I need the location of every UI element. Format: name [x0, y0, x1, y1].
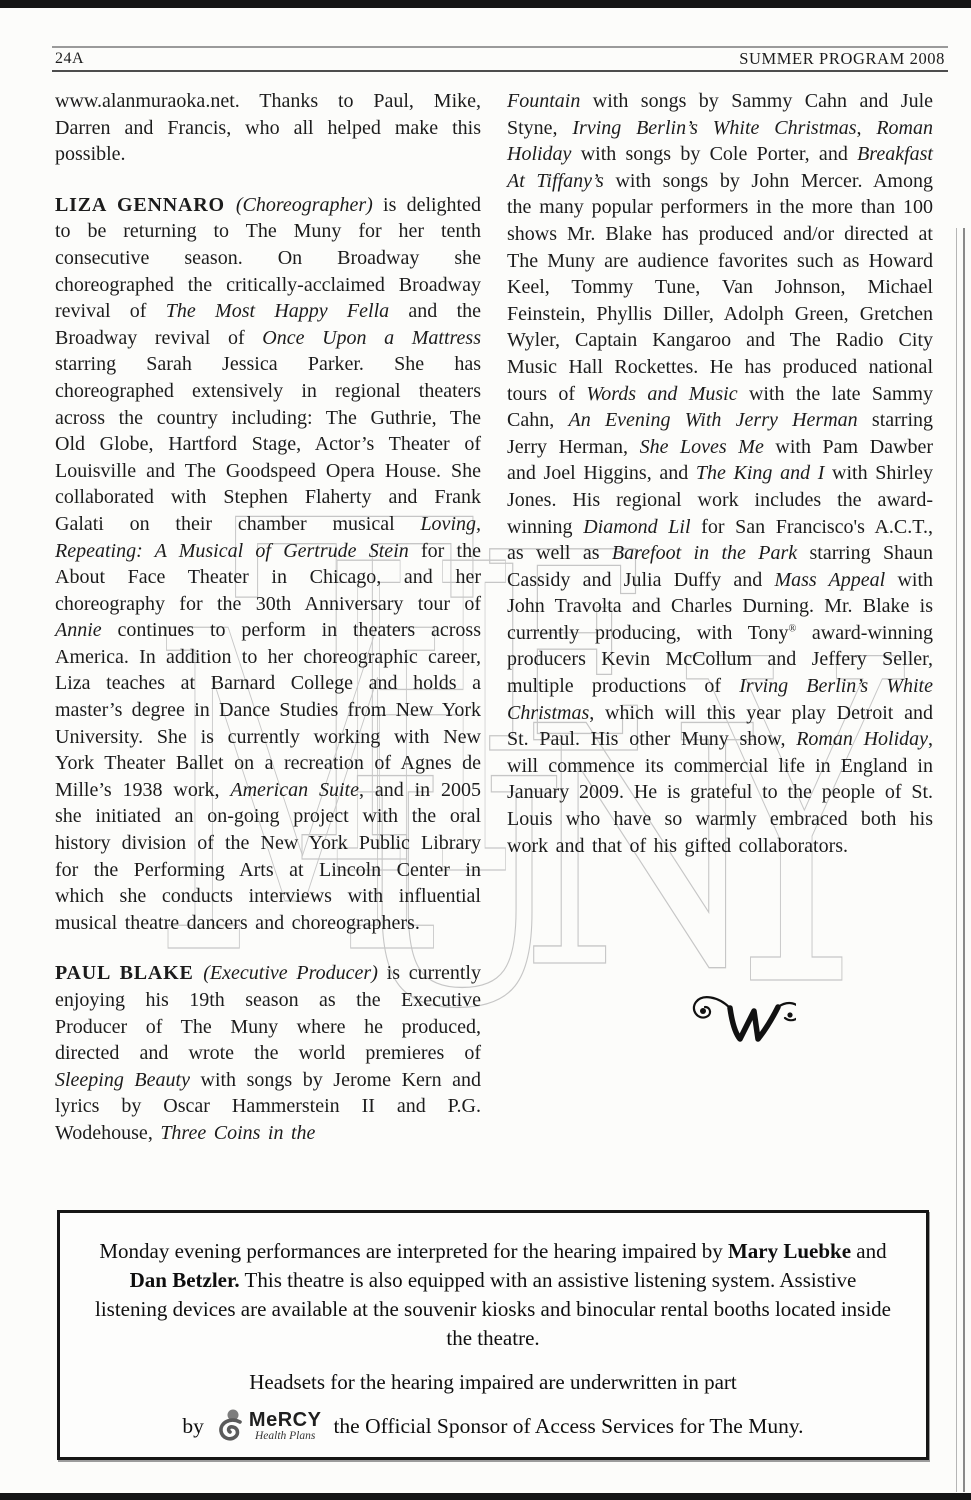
paragraph-paul-blake-bio: PAUL BLAKE (Executive Producer) is curre…	[55, 960, 481, 1146]
headsets-line: Headsets for the hearing impaired are un…	[80, 1370, 906, 1395]
text-segment: The King and I	[696, 462, 824, 484]
text-segment: The Most Happy Fella	[166, 300, 389, 322]
interpreter-notice: Monday evening performances are interpre…	[94, 1237, 892, 1353]
mercy-tagline: Health Plans	[255, 1431, 315, 1443]
text-segment: LIZA GENNARO	[55, 194, 236, 216]
text-segment: continues to perform in theaters across …	[55, 619, 481, 801]
mercy-health-plans-logo: MeRCY Health Plans	[216, 1407, 322, 1445]
accessibility-notice-box: Monday evening performances are interpre…	[57, 1210, 929, 1460]
text-segment: www.alanmuraoka.net. Thanks to Paul, Mik…	[55, 90, 481, 165]
paragraph-paul-blake-continued: Fountain with songs by Sammy Cahn and Ju…	[507, 88, 933, 859]
text-segment: Diamond Lil	[583, 516, 690, 538]
paragraph-liza-gennaro-bio: LIZA GENNARO (Choreographer) is delighte…	[55, 192, 481, 937]
text-segment: with songs by Cole Porter, and	[571, 143, 857, 165]
text-segment: Sleeping Beauty	[55, 1069, 190, 1091]
paragraph-thanks: www.alanmuraoka.net. Thanks to Paul, Mik…	[55, 88, 481, 168]
text-segment: (Executive Producer)	[203, 962, 378, 984]
text-segment: Dan Betzler.	[130, 1268, 240, 1292]
text-segment: Mary Luebke	[728, 1239, 851, 1263]
text-segment: Once Upon a Mattress	[262, 327, 481, 349]
right-column: Fountain with songs by Sammy Cahn and Ju…	[507, 88, 933, 883]
page-number: 24A	[55, 50, 84, 68]
text-segment: Monday evening performances are interpre…	[99, 1239, 728, 1263]
text-segment: starring Sarah Jessica Parker. She has c…	[55, 353, 481, 535]
text-segment: (Choreographer)	[236, 194, 373, 216]
text-segment: She Loves Me	[640, 436, 764, 458]
text-segment: Mass Appeal	[774, 569, 885, 591]
program-title: SUMMER PROGRAM 2008	[739, 49, 945, 69]
scan-edge-right-light	[956, 228, 957, 1492]
text-segment: Words and Music	[586, 383, 737, 405]
scan-edge-top	[0, 0, 971, 8]
text-segment: , and in 2005 she initiated an on-going …	[55, 779, 481, 934]
text-segment: American Suite	[230, 779, 359, 801]
sponsor-prefix: by	[182, 1414, 204, 1439]
header-rule-bottom	[52, 70, 948, 72]
text-segment: Three Coins in the	[160, 1122, 315, 1144]
left-column: www.alanmuraoka.net. Thanks to Paul, Mik…	[55, 88, 481, 1171]
sponsor-suffix: the Official Sponsor of Access Services …	[333, 1414, 803, 1439]
mercy-logo-text: MeRCY Health Plans	[249, 1410, 322, 1443]
text-segment: Barefoot in the Park	[612, 542, 797, 564]
mercy-person-icon	[216, 1407, 246, 1445]
header-rule-top	[52, 46, 948, 48]
text-segment: Roman Holiday	[796, 728, 928, 750]
text-segment: Irving Berlin’s White Christmas	[572, 117, 856, 139]
text-segment: and	[851, 1239, 887, 1263]
text-segment: ,	[857, 117, 877, 139]
text-segment: with songs by John Mercer. Among the man…	[507, 170, 933, 405]
flourish-ornament	[680, 990, 796, 1052]
text-segment: Fountain	[507, 90, 580, 112]
scan-edge-right-dark	[963, 228, 965, 1492]
program-page: 24A SUMMER PROGRAM 2008 T H E M U N Y ww…	[0, 0, 971, 1500]
text-segment: An Evening With Jerry Herman	[568, 409, 857, 431]
text-segment: PAUL BLAKE	[55, 962, 203, 984]
scan-edge-bottom	[0, 1493, 971, 1500]
text-segment: Annie	[55, 619, 102, 641]
sponsor-line: by MeRCY Health Plans the Official Spons…	[60, 1407, 926, 1445]
mercy-brand-name: MeRCY	[249, 1410, 322, 1430]
